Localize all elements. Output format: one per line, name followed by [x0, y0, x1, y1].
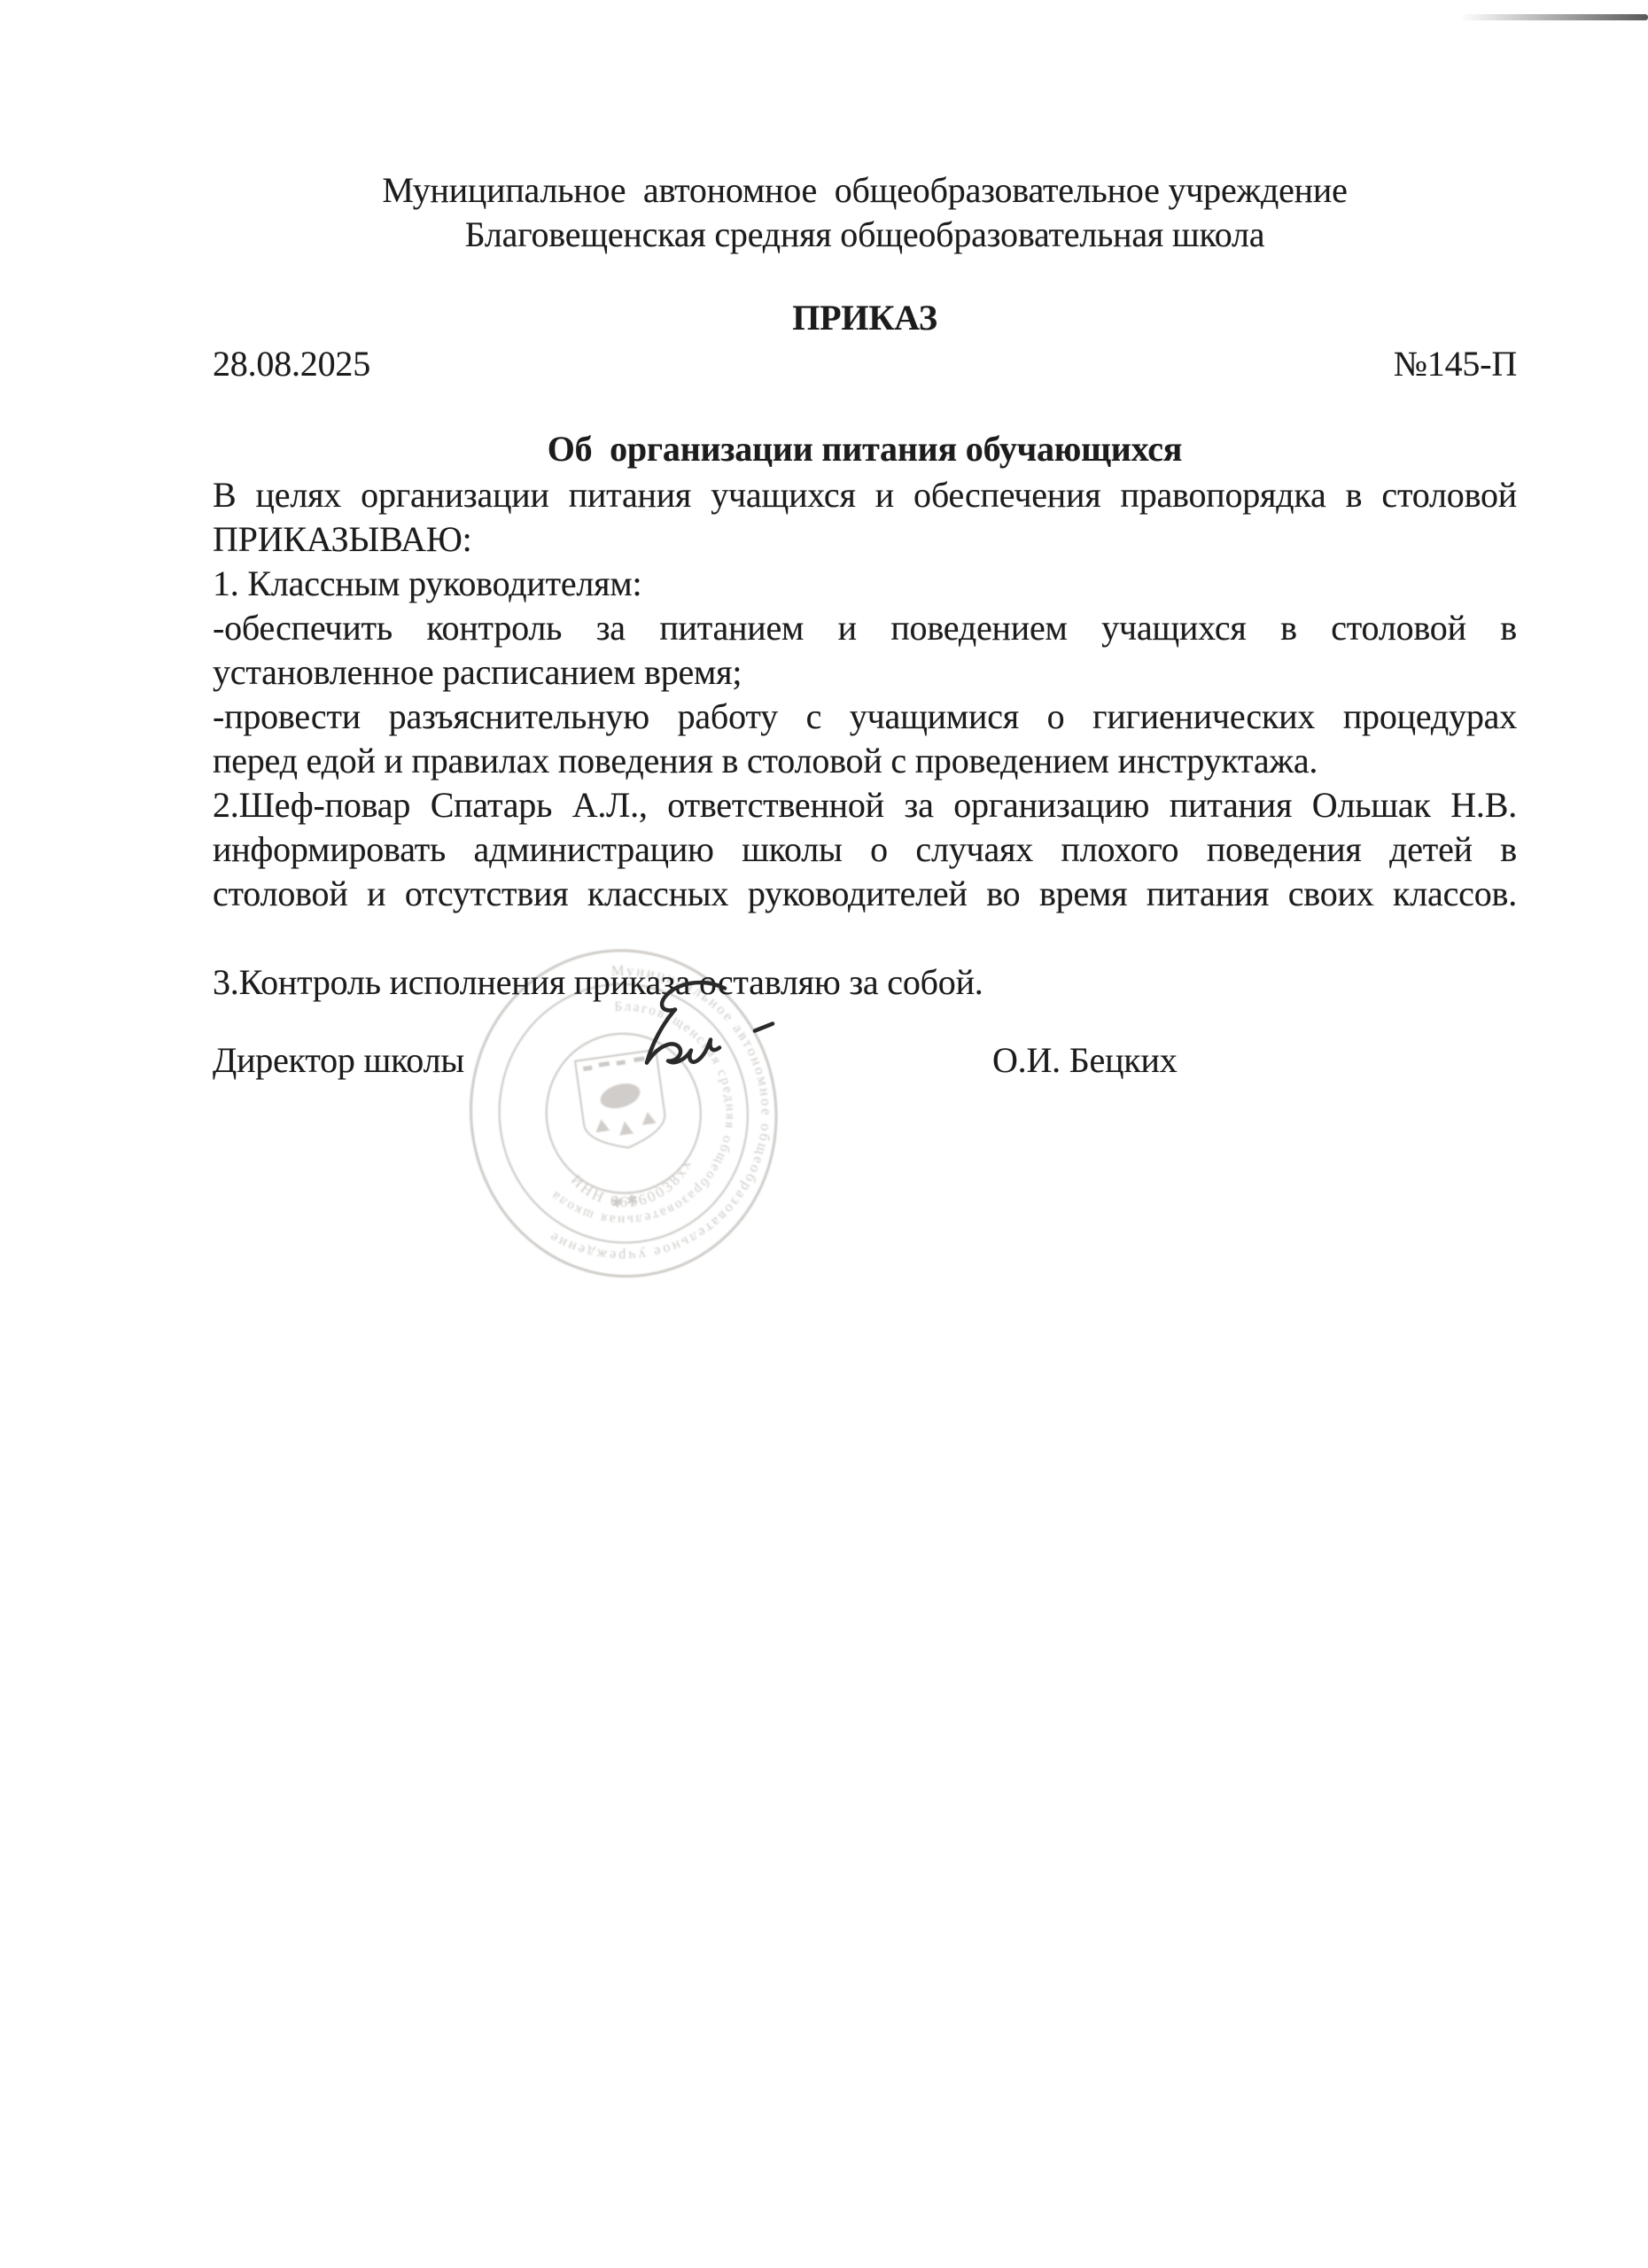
- body-line: 1. Классным руководителям:: [213, 562, 1517, 606]
- signature-loops: [647, 1040, 719, 1063]
- body-line: 2.Шеф-повар Спатарь А.Л., ответственной …: [213, 783, 1517, 827]
- signature-top-flourish: [662, 983, 725, 1010]
- document-page: Муниципальное автономное общеобразовател…: [0, 0, 1648, 2268]
- doc-number: №145-П: [213, 342, 1517, 386]
- signer-name: О.И. Бецких: [992, 1038, 1524, 1083]
- scan-artifact-streak: [1460, 14, 1648, 20]
- org-name-line2: Благовещенская средняя общеобразовательн…: [213, 213, 1517, 257]
- signature-dash: [755, 1024, 773, 1031]
- body-line: -обеспечить контроль за питанием и повед…: [213, 606, 1517, 650]
- body-line: ПРИКАЗЫВАЮ:: [213, 517, 1517, 562]
- body-line: перед едой и правилах поведения в столов…: [213, 739, 1517, 783]
- control-line: 3.Контроль исполнения приказа оставляю з…: [213, 960, 1517, 1005]
- body-line: -провести разъяснительную работу с учащи…: [213, 695, 1517, 739]
- doc-subject: Об организации питания обучающихся: [213, 427, 1517, 471]
- signature-stroke: [608, 976, 785, 1081]
- body-line: столовой и отсутствия классных руководит…: [213, 872, 1517, 916]
- org-name-line1: Муниципальное автономное общеобразовател…: [213, 168, 1517, 213]
- body-line: установленное расписанием время;: [213, 650, 1517, 695]
- doc-type-heading: ПРИКАЗ: [213, 296, 1517, 340]
- body-line: информировать администрацию школы о случ…: [213, 827, 1517, 872]
- body-line: В целях организации питания учащихся и о…: [213, 473, 1517, 517]
